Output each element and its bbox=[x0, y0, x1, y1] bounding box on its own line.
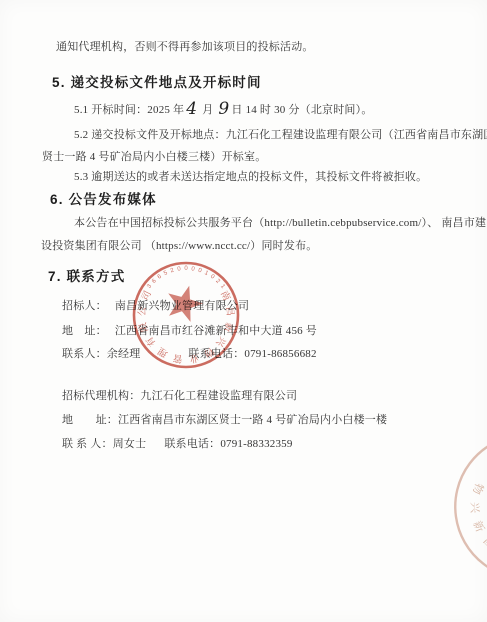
tenderer-phone: 0791-86856682 bbox=[244, 348, 316, 360]
svg-text:3: 3 bbox=[146, 283, 153, 290]
svg-text:新: 新 bbox=[470, 519, 486, 534]
open-time-suffix: 日 14 时 30 分（北京时间）。 bbox=[231, 104, 372, 116]
edge-seal-name-arc: 昌新兴物 bbox=[464, 479, 487, 553]
tenderer-contact-row: 联系人：余经理联系电话：0791-86856682 bbox=[62, 348, 317, 361]
svg-text:0: 0 bbox=[191, 266, 196, 273]
handwritten-day: 9 bbox=[216, 99, 231, 119]
agency-address-label: 地 址： bbox=[62, 414, 118, 426]
tenderer-address-value: 江西省南昌市红谷滩新丰和中大道 456 号 bbox=[115, 325, 317, 337]
tenderer-address-row: 地 址：江西省南昌市红谷滩新丰和中大道 456 号 bbox=[62, 325, 317, 338]
svg-text:6: 6 bbox=[151, 278, 158, 285]
tenderer-address-label: 地 址： bbox=[62, 325, 107, 337]
open-time-mid: 月 bbox=[199, 104, 216, 116]
tenderer-label: 招标人： bbox=[62, 300, 107, 312]
open-time-prefix: 5.1 开标时间：2025 年 bbox=[74, 104, 184, 116]
svg-text:兴: 兴 bbox=[468, 502, 481, 514]
section-5-heading: 5. 递交投标文件地点及开标时间 bbox=[52, 76, 262, 89]
agency-address-row: 地 址：江西省南昌市东湖区贤士一路 4 号矿冶局内小白楼一楼 bbox=[62, 414, 387, 427]
handwritten-month: 4 bbox=[184, 99, 199, 119]
agency-row: 招标代理机构：九江石化工程建设监理有限公司 bbox=[62, 390, 297, 403]
svg-text:0: 0 bbox=[184, 266, 188, 272]
section-6-heading: 6. 公告发布媒体 bbox=[50, 193, 157, 206]
agency-phone: 0791-88332359 bbox=[220, 438, 292, 450]
agency-value: 九江石化工程建设监理有限公司 bbox=[140, 390, 297, 402]
document-page: 通知代理机构，否则不得再参加该项目的投标活动。 5. 递交投标文件地点及开标时间… bbox=[0, 0, 487, 622]
media-line2: 设投资集团有限公司 （https://www.ncct.cc/）同时发布。 bbox=[41, 240, 317, 253]
agency-label: 招标代理机构： bbox=[62, 390, 140, 402]
tenderer-contact-label: 联系人：余经理 bbox=[62, 348, 140, 360]
item-5-2-line1: 5.2 递交投标文件及开标地点：九江石化工程建设监理有限公司（江西省南昌市东湖区 bbox=[74, 129, 487, 142]
edge-seal: 昌新兴物 bbox=[445, 425, 487, 585]
svg-text:物: 物 bbox=[470, 481, 487, 496]
section-7-heading: 7. 联系方式 bbox=[48, 270, 125, 283]
svg-text:2: 2 bbox=[214, 278, 221, 285]
intro-line: 通知代理机构，否则不得再参加该项目的投标活动。 bbox=[56, 41, 314, 54]
svg-text:0: 0 bbox=[177, 266, 182, 273]
media-line1: 本公告在中国招标投标公共服务平台（http://bulletin.cebpubs… bbox=[74, 217, 486, 230]
svg-text:0: 0 bbox=[197, 268, 203, 275]
tenderer-value: 南昌新兴物业管理有限公司 bbox=[115, 300, 249, 312]
item-5-2-line2: 贤士一路 4 号矿冶局内小白楼三楼）开标室。 bbox=[42, 151, 266, 164]
svg-text:1: 1 bbox=[219, 284, 226, 291]
seal-code-arc: 3665200001021 bbox=[146, 266, 226, 290]
svg-text:2: 2 bbox=[170, 268, 176, 275]
svg-text:1: 1 bbox=[203, 270, 209, 277]
svg-text:昌: 昌 bbox=[480, 534, 487, 551]
open-time-line: 5.1 开标时间：2025 年4 月 9日 14 时 30 分（北京时间）。 bbox=[74, 104, 373, 117]
agency-address-value: 江西省南昌市东湖区贤士一路 4 号矿冶局内小白楼一楼 bbox=[118, 414, 387, 426]
svg-text:6: 6 bbox=[157, 273, 164, 280]
item-5-3: 5.3 逾期送达的或者未送达指定地点的投标文件，其投标文件将被拒收。 bbox=[74, 171, 427, 184]
tenderer-phone-label: 联系电话： bbox=[188, 348, 244, 360]
agency-contact-label: 联 系 人：周女士 bbox=[62, 438, 146, 450]
edge-seal-ring bbox=[446, 425, 487, 585]
svg-text:0: 0 bbox=[209, 274, 216, 281]
tenderer-row: 招标人：南昌新兴物业管理有限公司 bbox=[62, 300, 249, 313]
agency-contact-row: 联 系 人：周女士联系电话：0791-88332359 bbox=[62, 438, 293, 451]
svg-text:5: 5 bbox=[163, 270, 169, 277]
agency-phone-label: 联系电话： bbox=[164, 438, 220, 450]
